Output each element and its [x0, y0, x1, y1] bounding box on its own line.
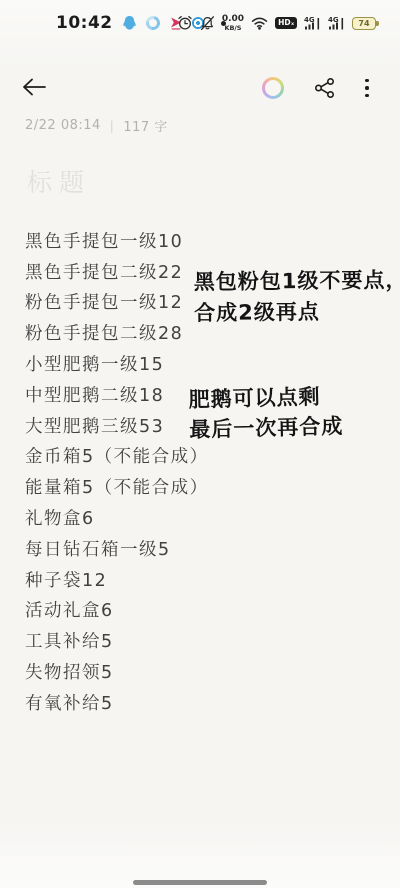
battery-percent: 74 — [358, 19, 369, 28]
hd-badge-text: HD — [278, 17, 291, 29]
skin-theme-button[interactable] — [262, 77, 284, 99]
home-indicator-handle[interactable] — [133, 880, 267, 885]
note-line: 礼物盒6 — [25, 502, 385, 533]
note-line: 能量箱5（不能合成） — [25, 471, 385, 502]
meta-divider: | — [110, 119, 115, 133]
volte-hd-badge: HD x — [275, 17, 297, 29]
menu-dot — [365, 79, 369, 83]
note-line: 金币箱5（不能合成） — [25, 441, 385, 472]
annotation-line: 肥鹅可以点剩 — [188, 381, 343, 415]
hd-badge-sub: x — [291, 23, 294, 28]
note-line: 种子袋12 — [25, 564, 385, 595]
overflow-menu-button[interactable] — [360, 76, 374, 100]
note-date: 2/22 08:14 — [25, 118, 101, 133]
network-speed-value: 0.00 — [222, 15, 244, 24]
battery-icon: 74 — [352, 17, 376, 30]
note-line: 工具补给5 — [25, 625, 385, 656]
note-line: 活动礼盒6 — [25, 595, 385, 626]
share-button[interactable] — [313, 76, 337, 100]
mute-bell-icon — [200, 15, 215, 31]
clock-time: 10:42 — [56, 13, 113, 33]
note-meta: 2/22 08:14 | 117 字 — [25, 116, 168, 135]
back-button[interactable] — [20, 74, 48, 100]
notes-app-screen: 10:42 — [0, 0, 400, 888]
alarm-clock-icon — [177, 15, 193, 31]
note-char-count: 117 字 — [123, 116, 167, 135]
annotation-line: 最后一次再合成 — [189, 411, 344, 445]
qq-app-icon — [122, 15, 137, 31]
network-speed-unit: KB/S — [224, 25, 241, 32]
network-speed-indicator: 0.00 KB/S — [222, 15, 244, 32]
note-line: 有氧补给5 — [25, 687, 385, 718]
status-bar-right: 0.00 KB/S HD x 4G 4 — [177, 11, 376, 35]
note-line: 黑色手提包一级10 — [25, 225, 385, 256]
annotation-line: 黑包粉包1级不要点， — [194, 265, 400, 298]
sim1-signal-icon: 4G — [304, 16, 321, 30]
annotation-goose: 肥鹅可以点剩 最后一次再合成 — [188, 381, 343, 445]
note-line: 小型肥鹅一级15 — [25, 348, 385, 379]
menu-dot — [365, 94, 369, 98]
sim2-signal-icon: 4G — [328, 16, 345, 30]
annotation-line: 合成2级再点 — [194, 296, 400, 329]
annotation-bags: 黑包粉包1级不要点， 合成2级再点 — [194, 265, 400, 329]
note-line: 失物招领5 — [25, 656, 385, 687]
crescent-app-icon — [143, 13, 162, 32]
wifi-icon — [251, 16, 268, 30]
title-input-placeholder[interactable]: 标题 — [27, 163, 91, 199]
note-line: 每日钻石箱一级5 — [25, 533, 385, 564]
menu-dot — [365, 86, 369, 90]
